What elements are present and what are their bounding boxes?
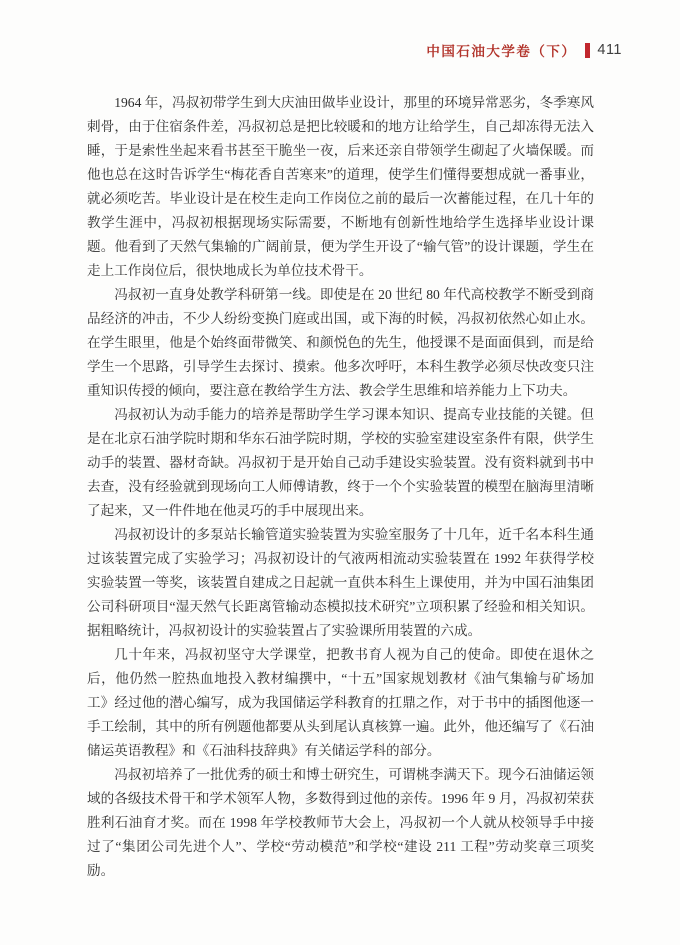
book-page: 中国石油大学卷（下） 411 1964 年，冯叔初带学生到大庆油田做毕业设计，那…: [0, 0, 680, 945]
page-number: 411: [597, 42, 622, 58]
paragraph-4: 冯叔初设计的多泵站长输管道实验装置为实验室服务了十几年，近千名本科生通过该装置完…: [87, 523, 594, 643]
running-header: 中国石油大学卷（下） 411: [426, 40, 622, 60]
body-text-block: 1964 年，冯叔初带学生到大庆油田做毕业设计，那里的环境异常恶劣，冬季寒风刺骨…: [87, 91, 594, 883]
paragraph-5: 几十年来，冯叔初坚守大学课堂，把教书育人视为自己的使命。即使在退休之后，他仍然一…: [87, 643, 594, 763]
red-vertical-bar-icon: [585, 43, 590, 58]
paragraph-3: 冯叔初认为动手能力的培养是帮助学生学习课本知识、提高专业技能的关键。但是在北京石…: [87, 403, 594, 523]
paragraph-1: 1964 年，冯叔初带学生到大庆油田做毕业设计，那里的环境异常恶劣，冬季寒风刺骨…: [87, 91, 594, 283]
header-volume-title: 中国石油大学卷（下）: [426, 40, 576, 60]
paragraph-6: 冯叔初培养了一批优秀的硕士和博士研究生，可谓桃李满天下。现今石油储运领域的各级技…: [87, 763, 594, 883]
paragraph-2: 冯叔初一直身处教学科研第一线。即使是在 20 世纪 80 年代高校教学不断受到商…: [87, 283, 594, 403]
